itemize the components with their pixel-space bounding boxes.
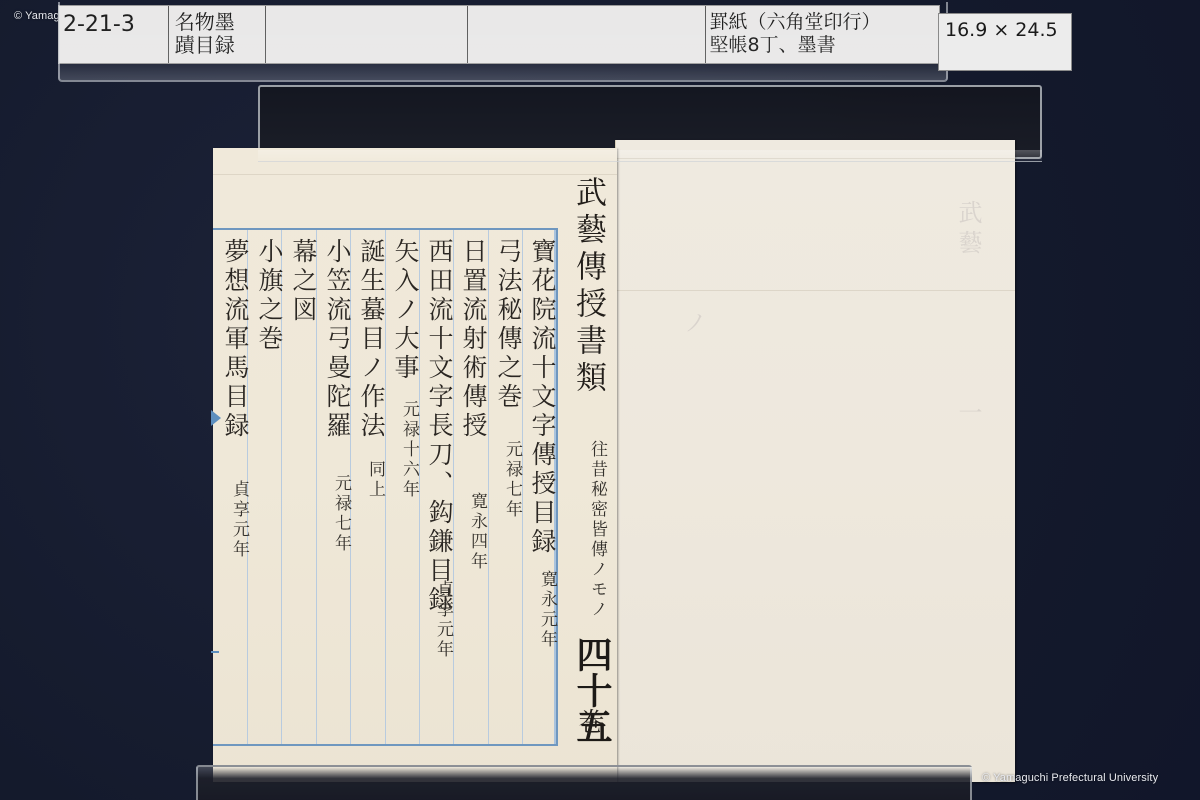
- bleed-through-text: 武藝: [951, 200, 986, 260]
- bleed-through-text: ノ: [676, 310, 711, 340]
- catalog-empty-cell-1: [266, 6, 469, 63]
- document-title-note: 往昔秘密皆傳ノモノ: [585, 440, 610, 620]
- entry-text: 幕之図: [285, 238, 321, 325]
- document-page-left: 武藝傳授書類 往昔秘密皆傳ノモノ 四十五 巻 寶花院流十文字傳授目録 寛永元年 …: [213, 148, 617, 782]
- document-page-right: 武藝 一 ノ: [615, 140, 1015, 782]
- fold-line: [213, 174, 617, 175]
- entry-date: 寛永四年: [465, 492, 490, 572]
- entry-text: 矢入ノ大事: [387, 238, 423, 383]
- document-title: 武藝傳授書類: [566, 176, 611, 398]
- entry-date: 寛永元年: [535, 570, 560, 650]
- entry-date: 元禄七年: [500, 440, 525, 520]
- binding-tab-line: [211, 651, 219, 653]
- catalog-label: 2-21-3 名物墨 蹟目録 罫紙（六角堂印行） 堅帳8丁、墨書: [58, 5, 940, 64]
- entry-text: 西田流十文字長刀、鈎鎌目録: [421, 238, 457, 615]
- catalog-empty-cell-2: [468, 6, 705, 63]
- entry-text: 寶花院流十文字傳授目録: [524, 238, 560, 557]
- entry-date: 貞享元年: [431, 580, 456, 660]
- fold-line: [616, 290, 1015, 291]
- entry-date: 元禄十六年: [397, 400, 422, 500]
- entry-text: 弓法秘傳之巻: [490, 238, 526, 412]
- entry-date: 元禄七年: [329, 474, 354, 554]
- bleed-through-text: 一: [951, 400, 986, 430]
- catalog-description: 罫紙（六角堂印行） 堅帳8丁、墨書: [706, 6, 939, 63]
- catalog-id: 2-21-3: [59, 6, 169, 63]
- ruled-frame: 寶花院流十文字傳授目録 寛永元年 弓法秘傳之巻 元禄七年 日置流射術傳授 寛永四…: [213, 228, 558, 746]
- entry-date: 同上: [363, 460, 388, 500]
- entry-text: 小笠流弓曼陀羅: [319, 238, 355, 441]
- entry-text: 小旗之巻: [251, 238, 287, 354]
- entry-text: 誕生蟇目ノ作法: [353, 238, 389, 441]
- volume-suffix: 巻: [571, 708, 608, 740]
- entry-text: 日置流射術傳授: [455, 238, 491, 441]
- acrylic-holder-bottom: [196, 765, 972, 800]
- catalog-title: 名物墨 蹟目録: [169, 6, 266, 63]
- catalog-dimensions: 16.9 × 24.5: [938, 13, 1072, 71]
- acrylic-holder-top-lip: [258, 150, 1042, 162]
- copyright-watermark-bottom: © Yamaguchi Prefectural University: [982, 772, 1158, 784]
- entry-text: 夢想流軍馬目録: [217, 238, 253, 441]
- entry-date: 貞享元年: [227, 480, 252, 560]
